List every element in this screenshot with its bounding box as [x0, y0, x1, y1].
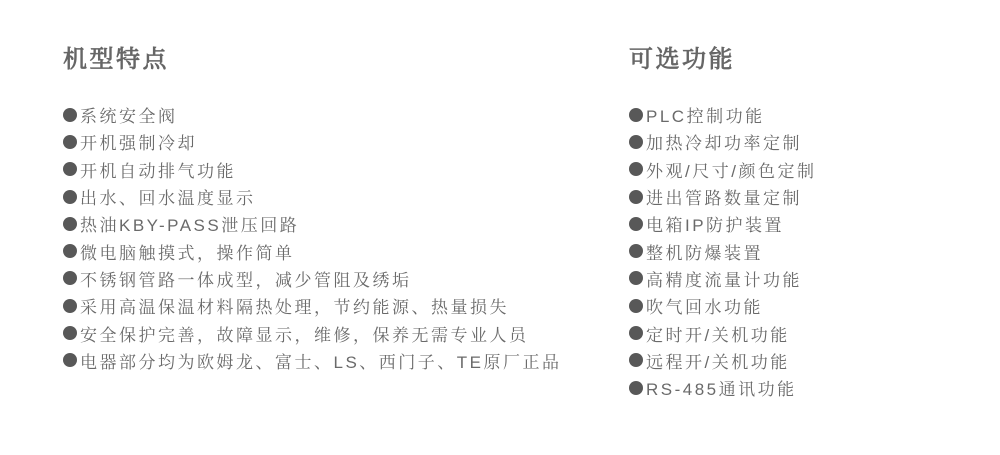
list-item: 安全保护完善，故障显示，维修，保养无需专业人员	[63, 319, 562, 346]
list-item-label: 高精度流量计功能	[646, 266, 802, 291]
list-item: 微电脑触摸式，操作简单	[63, 237, 562, 264]
section-model-features: 机型特点 系统安全阀开机强制冷却开机自动排气功能出水、回水温度显示热油KBY-P…	[63, 45, 562, 374]
list-item-label: 开机自动排气功能	[80, 157, 236, 182]
list-item-label: 加热冷却功率定制	[646, 129, 802, 154]
bullet-icon	[629, 190, 643, 204]
bullet-icon	[63, 217, 77, 231]
option-list: PLC控制功能加热冷却功率定制外观/尺寸/颜色定制进出管路数量定制电箱IP防护装…	[629, 101, 816, 401]
list-item: 加热冷却功率定制	[629, 128, 816, 155]
list-item-label: 进出管路数量定制	[646, 184, 802, 209]
list-item-label: 电箱IP防护装置	[646, 211, 784, 236]
list-item-label: 开机强制冷却	[80, 129, 197, 154]
bullet-icon	[629, 244, 643, 258]
list-item: 整机防爆装置	[629, 237, 816, 264]
bullet-icon	[629, 162, 643, 176]
bullet-icon	[63, 353, 77, 367]
section-title-optional-functions: 可选功能	[629, 45, 816, 75]
list-item-label: 系统安全阀	[80, 102, 178, 127]
bullet-icon	[629, 353, 643, 367]
bullet-icon	[63, 190, 77, 204]
section-title-model-features: 机型特点	[63, 45, 562, 75]
bullet-icon	[63, 162, 77, 176]
bullet-icon	[63, 271, 77, 285]
bullet-icon	[629, 326, 643, 340]
bullet-icon	[629, 108, 643, 122]
bullet-icon	[63, 108, 77, 122]
list-item-label: RS-485通讯功能	[646, 375, 797, 400]
list-item-label: PLC控制功能	[646, 102, 765, 127]
list-item: 外观/尺寸/颜色定制	[629, 156, 816, 183]
list-item: 系统安全阀	[63, 101, 562, 128]
list-item: 电箱IP防护装置	[629, 210, 816, 237]
bullet-icon	[629, 135, 643, 149]
bullet-icon	[63, 135, 77, 149]
feature-list: 系统安全阀开机强制冷却开机自动排气功能出水、回水温度显示热油KBY-PASS泄压…	[63, 101, 562, 374]
list-item-label: 热油KBY-PASS泄压回路	[80, 211, 299, 236]
bullet-icon	[629, 271, 643, 285]
list-item: 高精度流量计功能	[629, 265, 816, 292]
list-item: RS-485通讯功能	[629, 374, 816, 401]
list-item-label: 外观/尺寸/颜色定制	[646, 157, 816, 182]
list-item-label: 安全保护完善，故障显示，维修，保养无需专业人员	[80, 321, 529, 346]
list-item-label: 采用高温保温材料隔热处理，节约能源、热量损失	[80, 293, 509, 318]
list-item: 不锈钢管路一体成型，减少管阻及绣垢	[63, 265, 562, 292]
bullet-icon	[63, 299, 77, 313]
list-item-label: 微电脑触摸式，操作简单	[80, 239, 295, 264]
list-item: 远程开/关机功能	[629, 347, 816, 374]
list-item: 热油KBY-PASS泄压回路	[63, 210, 562, 237]
bullet-icon	[629, 299, 643, 313]
bullet-icon	[63, 244, 77, 258]
list-item: 开机自动排气功能	[63, 156, 562, 183]
list-item: PLC控制功能	[629, 101, 816, 128]
list-item-label: 整机防爆装置	[646, 239, 763, 264]
bullet-icon	[63, 326, 77, 340]
list-item-label: 吹气回水功能	[646, 293, 763, 318]
bullet-icon	[629, 217, 643, 231]
list-item-label: 定时开/关机功能	[646, 321, 790, 346]
list-item: 定时开/关机功能	[629, 319, 816, 346]
list-item-label: 不锈钢管路一体成型，减少管阻及绣垢	[80, 266, 412, 291]
list-item: 吹气回水功能	[629, 292, 816, 319]
list-item-label: 电器部分均为欧姆龙、富士、LS、西门子、TE原厂正品	[80, 348, 562, 373]
list-item: 进出管路数量定制	[629, 183, 816, 210]
list-item: 出水、回水温度显示	[63, 183, 562, 210]
list-item-label: 远程开/关机功能	[646, 348, 790, 373]
list-item: 电器部分均为欧姆龙、富士、LS、西门子、TE原厂正品	[63, 347, 562, 374]
list-item-label: 出水、回水温度显示	[80, 184, 256, 209]
bullet-icon	[629, 381, 643, 395]
section-optional-functions: 可选功能 PLC控制功能加热冷却功率定制外观/尺寸/颜色定制进出管路数量定制电箱…	[629, 45, 816, 401]
list-item: 开机强制冷却	[63, 128, 562, 155]
list-item: 采用高温保温材料隔热处理，节约能源、热量损失	[63, 292, 562, 319]
